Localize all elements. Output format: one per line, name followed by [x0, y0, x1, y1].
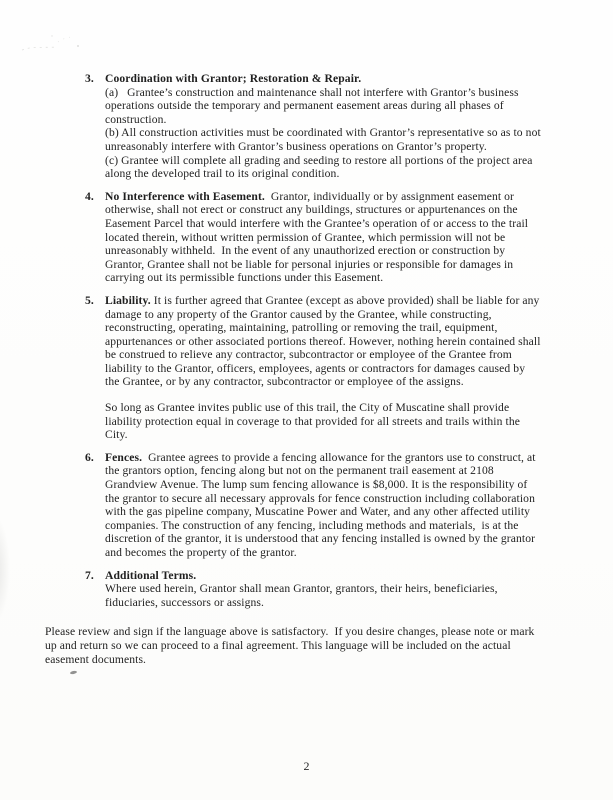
pencil-scribble-mark	[18, 28, 108, 58]
scan-smudge	[0, 515, 10, 625]
document-page: 3.Coordination with Grantor; Restoration…	[0, 0, 613, 800]
document-body: 3.Coordination with Grantor; Restoration…	[45, 72, 542, 666]
clause-body: Coordination with Grantor; Restoration &…	[105, 72, 542, 181]
clause-lead-paragraph: Fences. Grantee agrees to provide a fenc…	[105, 451, 542, 560]
clause-body: Fences. Grantee agrees to provide a fenc…	[105, 451, 542, 560]
clause-item: 4.No Interference with Easement. Grantor…	[45, 190, 542, 285]
clause-item: 3.Coordination with Grantor; Restoration…	[45, 72, 542, 181]
closing-paragraph: Please review and sign if the language a…	[45, 625, 542, 666]
clause-body: Liability. It is further agreed that Gra…	[105, 294, 542, 442]
clause-paragraph: (a) Grantee’s construction and maintenan…	[105, 86, 542, 127]
clause-lead-paragraph: Coordination with Grantor; Restoration &…	[105, 72, 542, 86]
clause-lead-paragraph: Additional Terms.	[105, 569, 542, 583]
clause-item: 5.Liability. It is further agreed that G…	[45, 294, 542, 442]
scan-speck	[70, 670, 77, 674]
clause-body: Additional Terms.Where used herein, Gran…	[105, 569, 542, 610]
page-number: 2	[0, 759, 613, 774]
clause-title: Coordination with Grantor; Restoration &…	[105, 72, 361, 85]
clause-number: 7.	[85, 569, 105, 610]
clause-title: Liability.	[105, 294, 151, 307]
clause-item: 7.Additional Terms.Where used herein, Gr…	[45, 569, 542, 610]
clauses-list: 3.Coordination with Grantor; Restoration…	[45, 72, 542, 609]
clause-body: No Interference with Easement. Grantor, …	[105, 190, 542, 285]
clause-lead-paragraph: Liability. It is further agreed that Gra…	[105, 294, 542, 389]
clause-lead-paragraph: No Interference with Easement. Grantor, …	[105, 190, 542, 285]
clause-number: 4.	[85, 190, 105, 285]
clause-number: 3.	[85, 72, 105, 181]
clause-title: Additional Terms.	[105, 569, 196, 582]
clause-number: 5.	[85, 294, 105, 442]
clause-paragraph: Where used herein, Grantor shall mean Gr…	[105, 582, 542, 609]
clause-item: 6.Fences. Grantee agrees to provide a fe…	[45, 451, 542, 560]
clause-paragraph: (c) Grantee will complete all grading an…	[105, 154, 542, 181]
clause-title: Fences.	[105, 451, 142, 464]
clause-paragraph: So long as Grantee invites public use of…	[105, 401, 542, 442]
clause-number: 6.	[85, 451, 105, 560]
clause-title: No Interference with Easement.	[105, 190, 265, 203]
clause-paragraph: (b) All construction activities must be …	[105, 126, 542, 153]
